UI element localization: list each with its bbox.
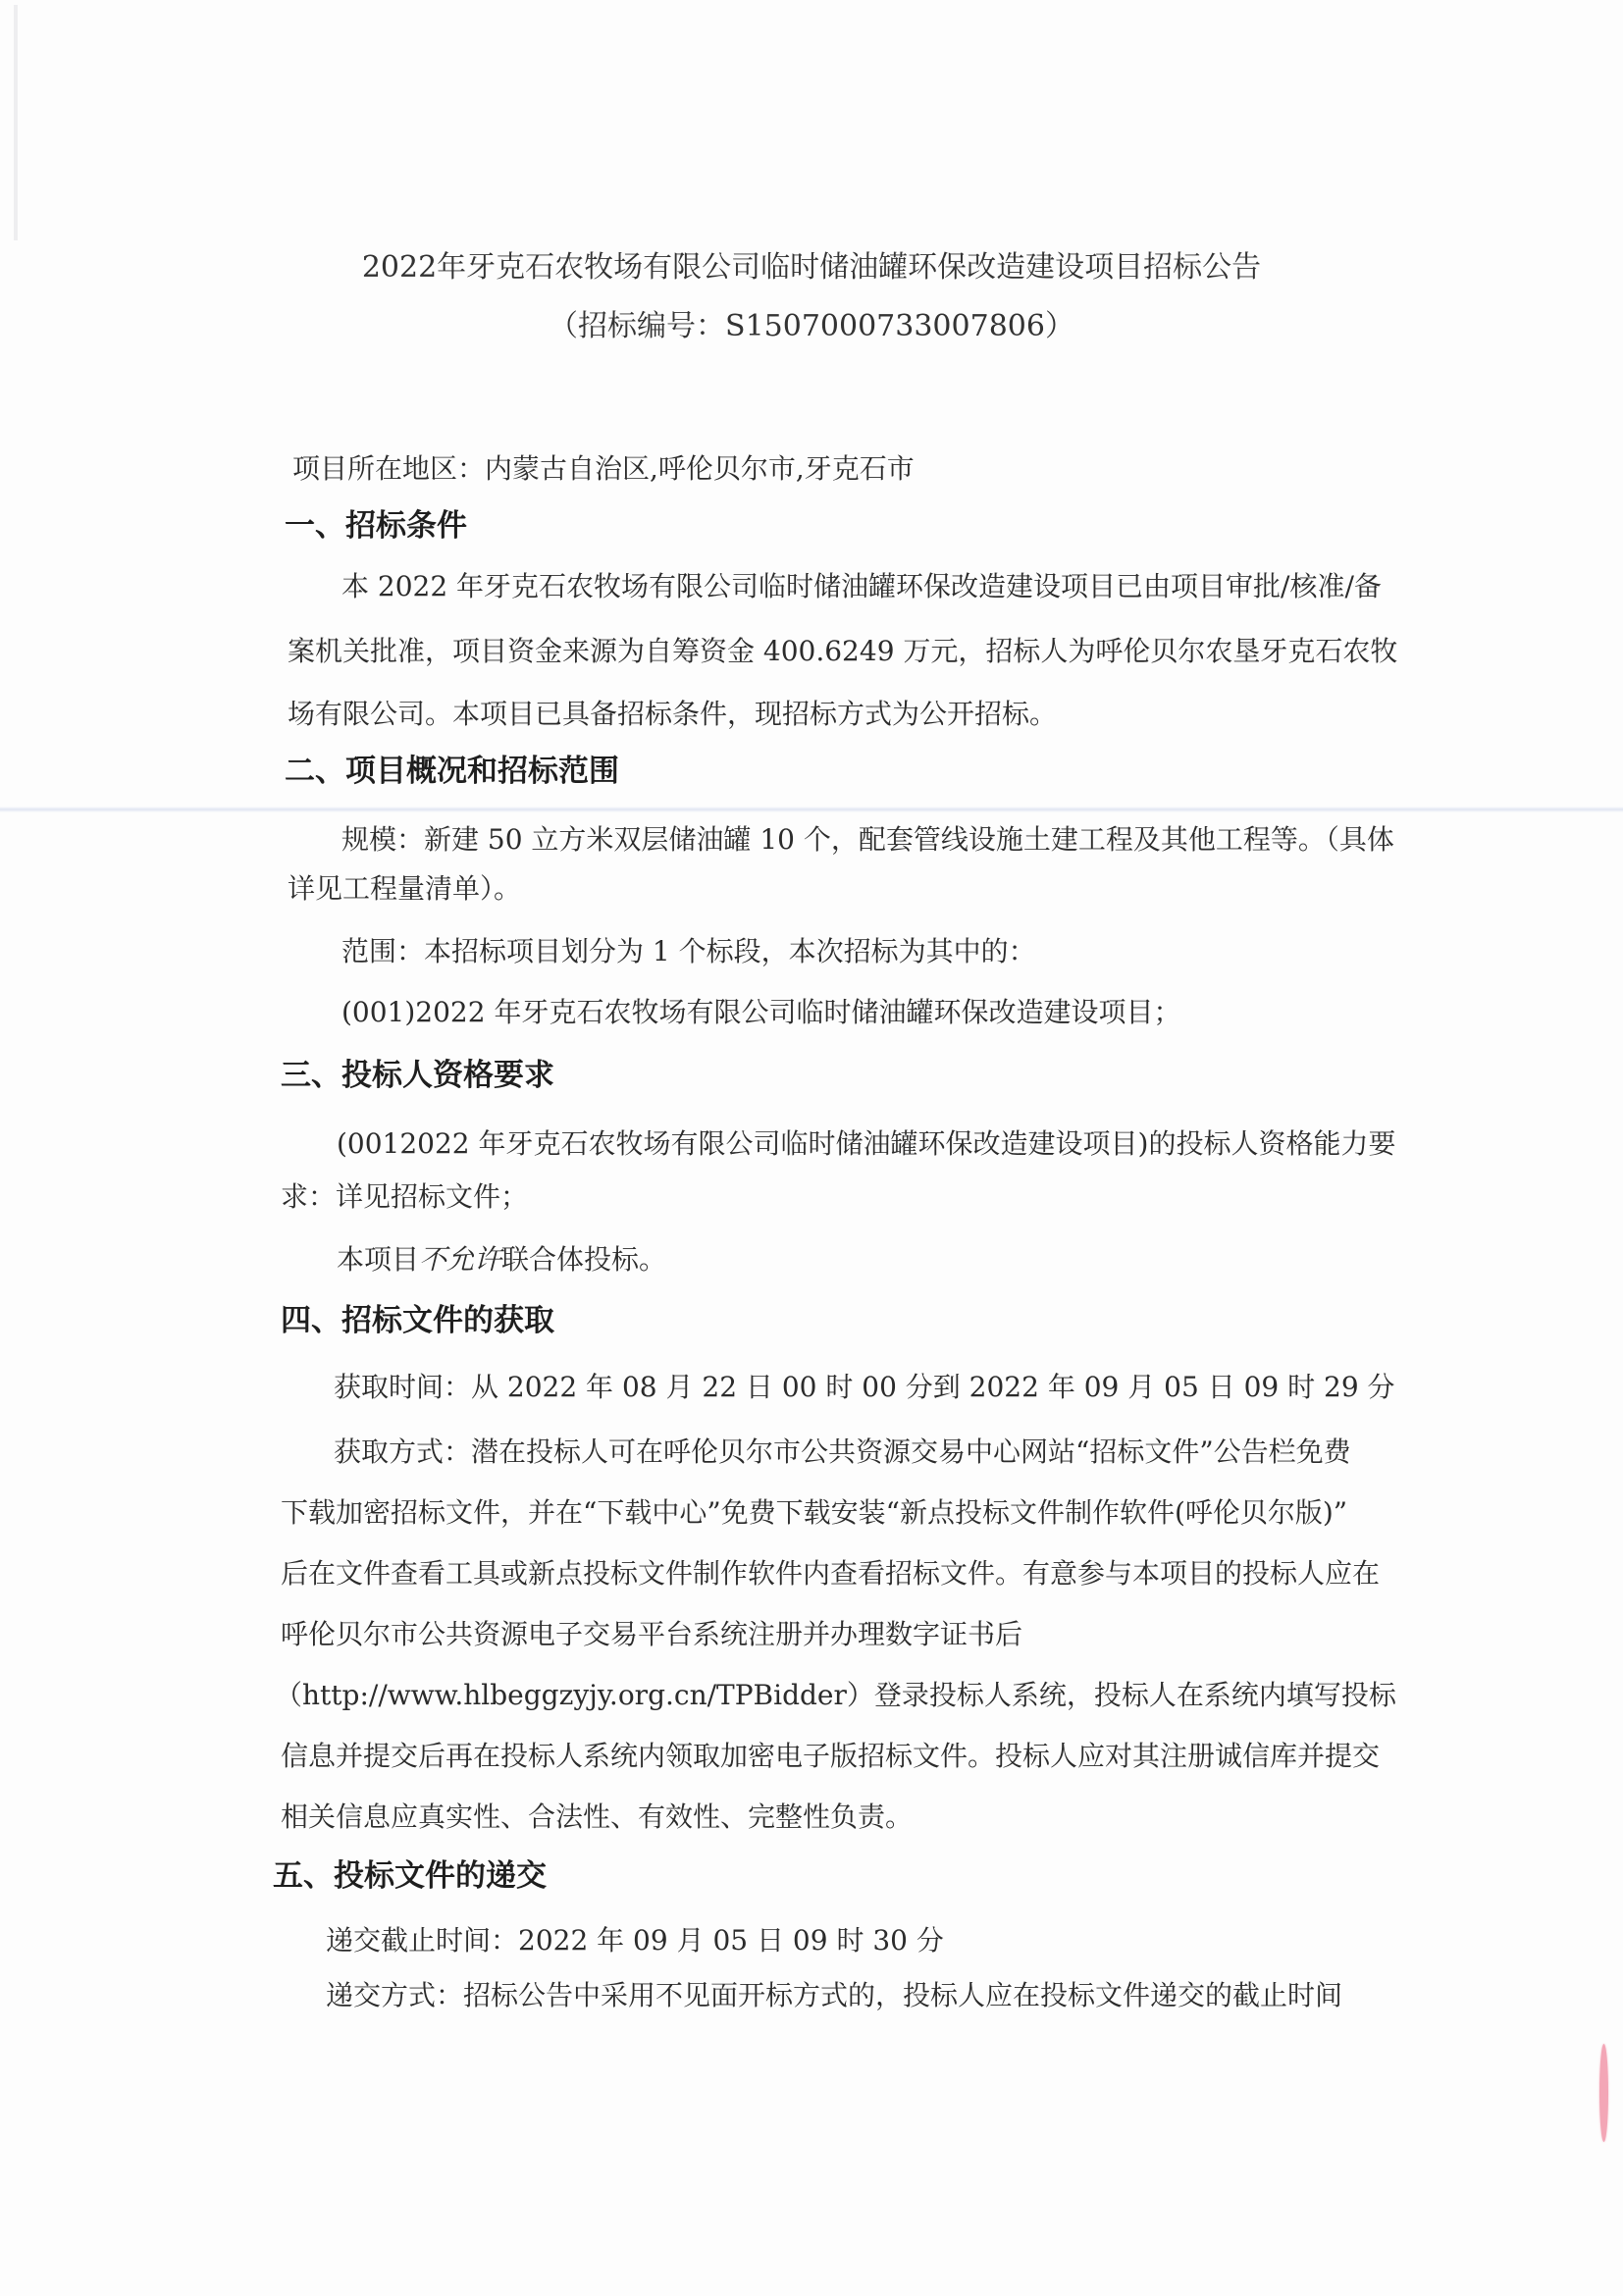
project-location: 项目所在地区：内蒙古自治区,呼伦贝尔市,牙克石市 xyxy=(292,451,915,487)
red-seal-edge-mark xyxy=(1599,2044,1608,2142)
joint-bid-suffix: 联合体投标。 xyxy=(501,1243,666,1276)
section-heading-4: 四、招标文件的获取 xyxy=(281,1301,554,1340)
section-4-line-1: 获取时间：从 2022 年 08 月 22 日 00 时 00 分到 2022 … xyxy=(334,1370,1395,1405)
section-4-line-7: 信息并提交后再在投标人系统内领取加密电子版招标文件。投标人应对其注册诚信库并提交 xyxy=(281,1739,1380,1774)
joint-bid-prefix: 本项目 xyxy=(337,1243,419,1276)
joint-bid-statement: 本项目不允许联合体投标。 xyxy=(337,1242,666,1278)
scan-line-artifact xyxy=(0,807,1623,812)
section-3-line-1: (0012022 年牙克石农牧场有限公司临时储油罐环保改造建设项目)的投标人资格… xyxy=(337,1126,1395,1162)
section-2-line-2: 详见工程量清单）。 xyxy=(288,871,521,907)
section-1-line-1: 本 2022 年牙克石农牧场有限公司临时储油罐环保改造建设项目已由项目审批/核准… xyxy=(341,569,1382,604)
section-4-line-6: （http://www.hlbeggzyjy.org.cn/TPBidder）登… xyxy=(275,1678,1396,1713)
joint-bid-emphasis: 不允许 xyxy=(419,1243,501,1276)
section-heading-5: 五、投标文件的递交 xyxy=(273,1856,547,1896)
section-2-line-1: 规模：新建 50 立方米双层储油罐 10 个，配套管线设施土建工程及其他工程等。… xyxy=(341,822,1394,858)
bid-number: （招标编号：S1507000733007806） xyxy=(0,307,1623,346)
section-4-line-5: 呼伦贝尔市公共资源电子交易平台系统注册并办理数字证书后 xyxy=(281,1617,1022,1652)
section-heading-2: 二、项目概况和招标范围 xyxy=(285,752,619,791)
section-4-line-8: 相关信息应真实性、合法性、有效性、完整性负责。 xyxy=(281,1800,913,1835)
section-5-line-1: 递交截止时间：2022 年 09 月 05 日 09 时 30 分 xyxy=(326,1923,944,1958)
section-5-line-2: 递交方式：招标公告中采用不见面开标方式的，投标人应在投标文件递交的截止时间 xyxy=(326,1978,1342,2013)
section-1-line-3: 场有限公司。本项目已具备招标条件，现招标方式为公开招标。 xyxy=(288,697,1057,732)
section-heading-1: 一、招标条件 xyxy=(285,506,467,546)
section-1-line-2: 案机关批准，项目资金来源为自筹资金 400.6249 万元，招标人为呼伦贝尔农垦… xyxy=(288,634,1397,669)
scan-edge-artifact xyxy=(14,5,18,240)
section-4-line-4: 后在文件查看工具或新点投标文件制作软件内查看招标文件。有意参与本项目的投标人应在 xyxy=(281,1556,1380,1592)
section-heading-3: 三、投标人资格要求 xyxy=(281,1056,554,1095)
section-4-line-2: 获取方式：潜在投标人可在呼伦贝尔市公共资源交易中心网站“招标文件”公告栏免费 xyxy=(334,1435,1351,1470)
section-3-line-2: 求：详见招标文件； xyxy=(281,1179,528,1215)
document-title: 2022年牙克石农牧场有限公司临时储油罐环保改造建设项目招标公告 xyxy=(0,248,1623,287)
section-4-line-3: 下载加密招标文件，并在“下载中心”免费下载安装“新点投标文件制作软件(呼伦贝尔版… xyxy=(281,1495,1347,1531)
section-2-line-4: (001)2022 年牙克石农牧场有限公司临时储油罐环保改造建设项目； xyxy=(341,995,1180,1030)
section-2-line-3: 范围：本招标项目划分为 1 个标段，本次招标为其中的： xyxy=(341,934,1036,969)
